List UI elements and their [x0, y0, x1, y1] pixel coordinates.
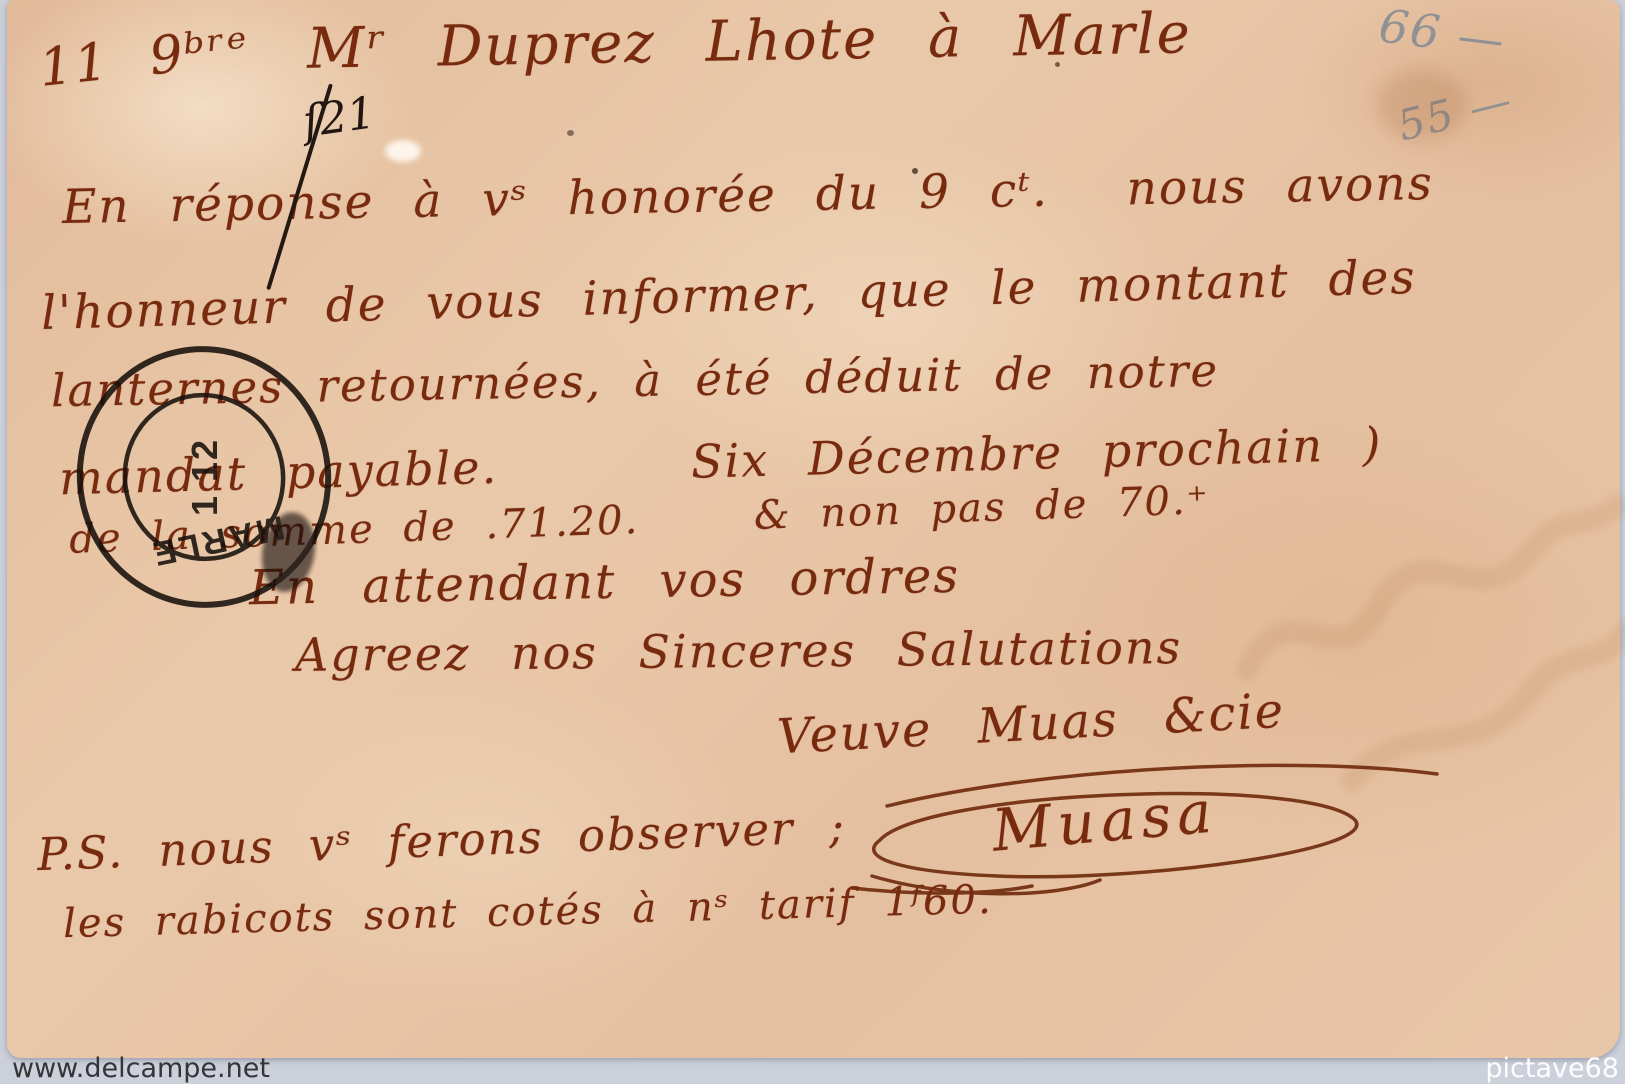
seller-watermark: pictave68	[1485, 1053, 1619, 1084]
ink-speck	[567, 130, 574, 136]
letter-body-line: Agreez nos Sinceres Salutations	[295, 624, 1182, 678]
letter-addressee: Mʳ Duprez Lhote à Marle	[307, 6, 1193, 77]
ink-speck	[912, 168, 918, 174]
postscript-line: les rabicots sont cotés à nˢ tarif 1ᶠ60.	[63, 880, 993, 944]
letter-dateline: 11 9ᵇʳᵉ	[37, 21, 252, 95]
postcard-paper: 11 9ᵇʳᵉ Mʳ Duprez Lhote à Marle 66 — 55 …	[7, 0, 1620, 1058]
paper-crease	[385, 140, 421, 162]
letter-body-line: l'honneur de vous informer, que le monta…	[41, 254, 1417, 337]
pencil-price-annotation-top: 66 —	[1376, 0, 1509, 68]
letter-body-line: En attendant vos ordres	[249, 552, 961, 612]
postmark-date-label: 1 12	[184, 438, 225, 516]
letter-body-line: En réponse à vˢ honorée du 9 cᵗ. nous av…	[62, 160, 1434, 231]
delcampe-watermark: www.delcampe.net	[12, 1053, 270, 1084]
postmark-stamp: MARLE 1 12	[59, 340, 349, 615]
paper-stain	[1377, 70, 1467, 140]
ink-speck	[1055, 62, 1060, 67]
postscript-line: P.S. nous vˢ ferons observer ;	[36, 804, 846, 877]
